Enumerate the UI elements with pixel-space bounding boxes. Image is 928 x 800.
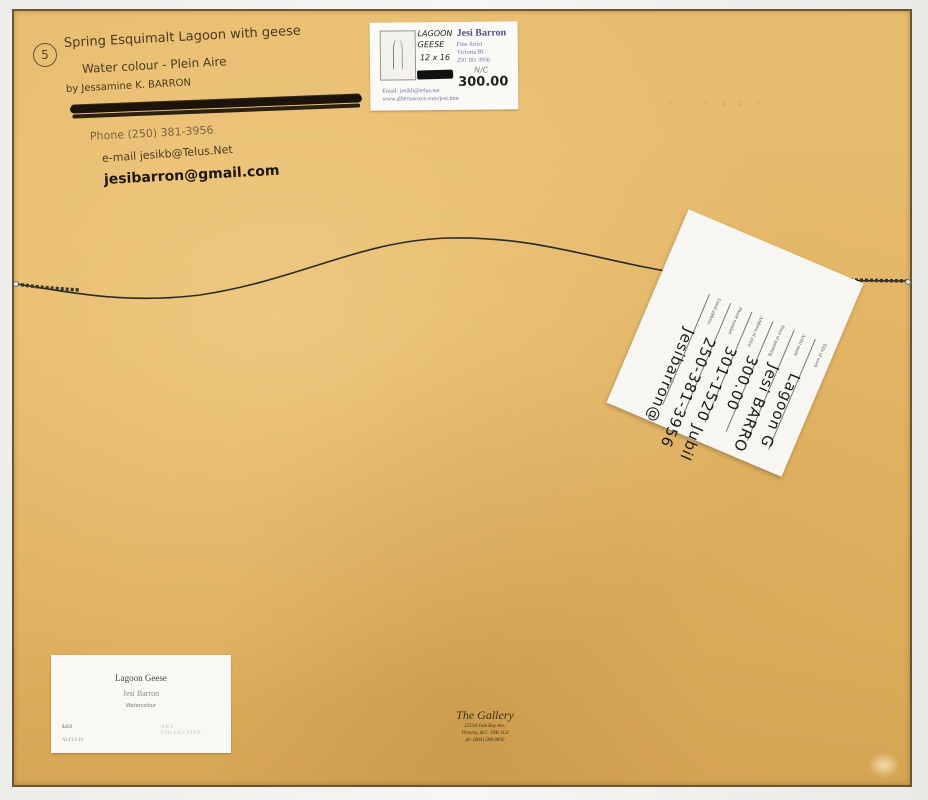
form-label-artist: Artist name [792, 333, 806, 357]
card-email: Email: jesikb@telus.net [382, 88, 440, 95]
circled-number: 5 [33, 43, 57, 67]
card-artist-name: Jesi Barron [457, 27, 507, 39]
card-size: 12 x 16 [420, 53, 450, 62]
gallery-name: The Gallery [440, 708, 530, 723]
gallery-phone: ph. (604) 598-9830 [440, 737, 530, 744]
card-nc: N/C [474, 66, 488, 75]
form-label-title: Title of work [812, 342, 827, 368]
gallery-address-2: Victoria, B.C. V8R 1G4 [440, 730, 530, 737]
label-code: ALF13-19 [62, 738, 83, 743]
card-handwritten-title-1: LAGOON [418, 29, 453, 38]
sketch-thumbnail [380, 30, 417, 80]
label-price: $450 [62, 725, 72, 730]
logo-line-2: COLLECTIVE [161, 731, 202, 737]
label-artist: Jesi Barron [51, 689, 231, 698]
paper-wear-mark [868, 752, 900, 778]
gallery-address-1: 2213A Oak Bay Ave. [440, 723, 530, 730]
card-phone: 250 381 3956 [457, 58, 490, 64]
collective-logo: ART COLLECTIVE [161, 725, 202, 737]
label-medium: Watercolour [51, 703, 231, 709]
label-title: Lagoon Geese [51, 673, 231, 683]
card-city: Victoria BC [457, 50, 486, 56]
card-price: 300.00 [458, 74, 508, 90]
gallery-label-card: Lagoon Geese Jesi Barron Watercolour $45… [51, 655, 231, 753]
redacted-mark [417, 70, 453, 80]
form-label-email: Email address [705, 297, 721, 325]
faint-marks: · · · : : · [668, 98, 788, 126]
card-website: www.albertasoxes.com/jesi.htm [382, 96, 458, 103]
card-role: Fine Artist [457, 42, 483, 48]
form-label-phone: Phone number [726, 306, 742, 335]
gallery-stamp: The Gallery 2213A Oak Bay Ave. Victoria,… [440, 708, 530, 744]
card-handwritten-title-2: GEESE [418, 40, 445, 49]
artist-business-card: LAGOON GEESE 12 x 16 Jesi Barron Fine Ar… [370, 21, 519, 111]
